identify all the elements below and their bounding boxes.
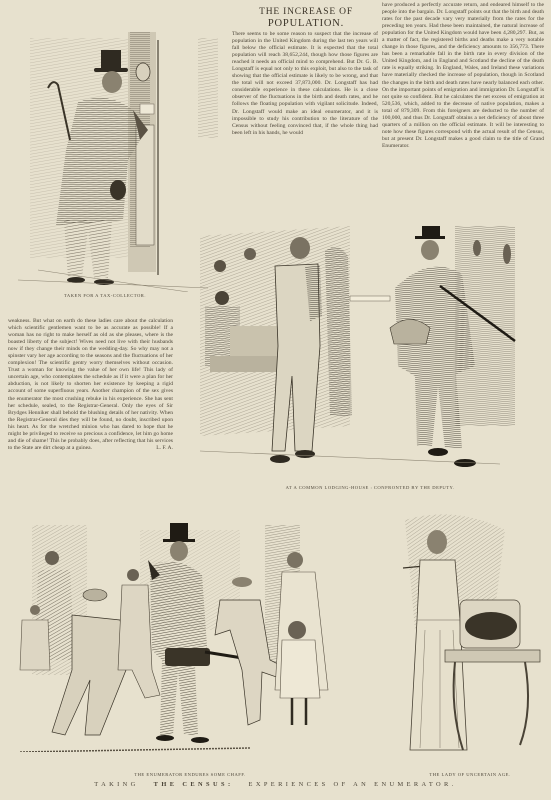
newspaper-page: TAKEN FOR A TAX-COLLECTOR. THE INCREASE … xyxy=(0,0,551,800)
enumerator-chaff-drawing xyxy=(10,520,340,752)
caption-enumerator-chaff: THE ENUMERATOR ENDURES SOME CHAFF. xyxy=(90,772,290,777)
article-title-line1: THE INCREASE OF xyxy=(222,7,390,18)
article-column-2: have produced a perfectly accurate retur… xyxy=(382,2,544,150)
article-title: THE INCREASE OF POPULATION. xyxy=(222,7,390,29)
article-paragraph-3-text: weakness. But what on earth do these lad… xyxy=(8,318,173,451)
illustration-lady-uncertain-age xyxy=(395,510,545,770)
tax-collector-drawing xyxy=(8,30,218,292)
article-title-line2: POPULATION. xyxy=(222,18,390,29)
page-main-title: TAKING THE CENSUS: EXPERIENCES OF AN ENU… xyxy=(0,781,551,788)
article-paragraph-2: have produced a perfectly accurate retur… xyxy=(382,2,544,150)
article-column-3: weakness. But what on earth do these lad… xyxy=(8,318,173,452)
caption-lady-uncertain-age: THE LADY OF UNCERTAIN AGE. xyxy=(395,772,545,777)
caption-tax-collector: TAKEN FOR A TAX-COLLECTOR. xyxy=(0,293,210,298)
lady-uncertain-age-drawing xyxy=(395,510,545,770)
lodging-house-drawing xyxy=(200,226,540,484)
page-title-part2: THE CENSUS: xyxy=(154,781,234,788)
article-paragraph-1: There seems to be some reason to suspect… xyxy=(232,31,378,137)
author-signature: L. F. A. xyxy=(148,445,173,452)
article-column-1: There seems to be some reason to suspect… xyxy=(232,31,378,137)
article-paragraph-3: weakness. But what on earth do these lad… xyxy=(8,318,173,452)
page-title-part1: TAKING xyxy=(94,781,138,788)
page-title-part3: EXPERIENCES OF AN ENUMERATOR. xyxy=(249,781,457,788)
illustration-lodging-house xyxy=(200,226,540,484)
illustration-tax-collector xyxy=(8,30,218,292)
illustration-enumerator-chaff xyxy=(10,520,340,752)
caption-lodging-house: AT A COMMON LODGING-HOUSE : CONFRONTED B… xyxy=(200,485,540,490)
